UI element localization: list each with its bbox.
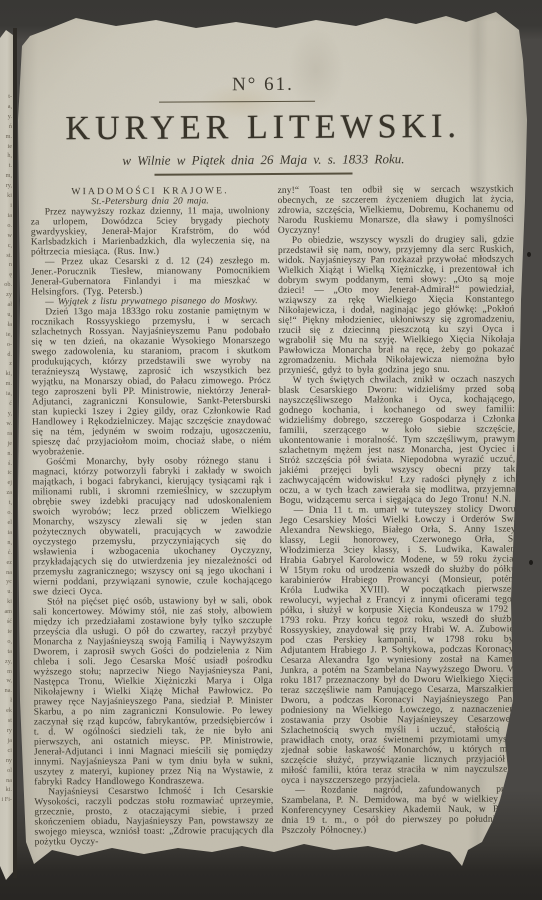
paragraph: W tych świętych chwilach, znikł w oczach… xyxy=(279,375,516,506)
paragraph: Dzień 13go maja 1833go roku zostanie pam… xyxy=(31,306,271,457)
masthead: N° 61. KURYER LITEWSKI. w Wilnie w Piąte… xyxy=(14,73,513,177)
left-column: Wiadomości Krajowe. St.-Petersburg dnia … xyxy=(31,186,274,847)
paragraph: Stół na pięćset pięć osób, ustawiony był… xyxy=(33,596,273,787)
newspaper-sheet: N° 61. KURYER LITEWSKI. w Wilnie w Piąte… xyxy=(16,0,528,888)
neighbor-page-edge: t- a, y. ń m. ie h, t. m, ry, ki i ia o.… xyxy=(0,0,13,888)
paragraph: — Rozdanie nagród, zafundowanych przez S… xyxy=(281,785,517,836)
edition-dateline: w Wilnie w Piątek dnia 26 Maja v. s. 183… xyxy=(14,151,512,170)
dust-speck xyxy=(529,560,533,565)
edition-dateline-rule xyxy=(154,173,352,176)
issue-number-rule xyxy=(159,101,315,103)
neighbor-page-text-fragments: t- a, y. ń m. ie h, t. m, ry, ki i ia o.… xyxy=(1,92,12,805)
paragraph: Nayjaśnieysi Cesarstwo Ichmość i Ich Ces… xyxy=(34,786,273,847)
dust-speck xyxy=(527,252,531,257)
right-column: zny!“ Toast ten odbił się w sercach wszy… xyxy=(278,185,518,846)
article-columns: Wiadomości Krajowe. St.-Petersburg dnia … xyxy=(31,185,518,848)
issue-number: N° 61. xyxy=(14,73,512,98)
paragraph: — Przez ukaz Cesarski z d. 12 (24) zeszł… xyxy=(31,256,270,297)
paragraph: Po obiedzie, wszyscy wyszli do drugiey s… xyxy=(278,235,515,376)
paragraph: zny!“ Toast ten odbił się w sercach wszy… xyxy=(278,185,514,236)
paragraph: Gośćmi Monarchy, były osoby różnego stan… xyxy=(32,456,272,597)
paragraph: Przez naywyższy rozkaz dzienny, 11 maja,… xyxy=(31,206,270,257)
printed-content: N° 61. KURYER LITEWSKI. w Wilnie w Piąte… xyxy=(13,0,530,890)
newspaper-title: KURYER LITEWSKI. xyxy=(14,108,512,149)
paragraph: — Dnia 11 t. m. umarł w tuteyszey stolic… xyxy=(280,505,518,786)
page-gutter-shadow xyxy=(13,28,17,878)
scanned-newspaper-page: t- a, y. ń m. ie h, t. m, ry, ki i ia o.… xyxy=(0,0,542,900)
